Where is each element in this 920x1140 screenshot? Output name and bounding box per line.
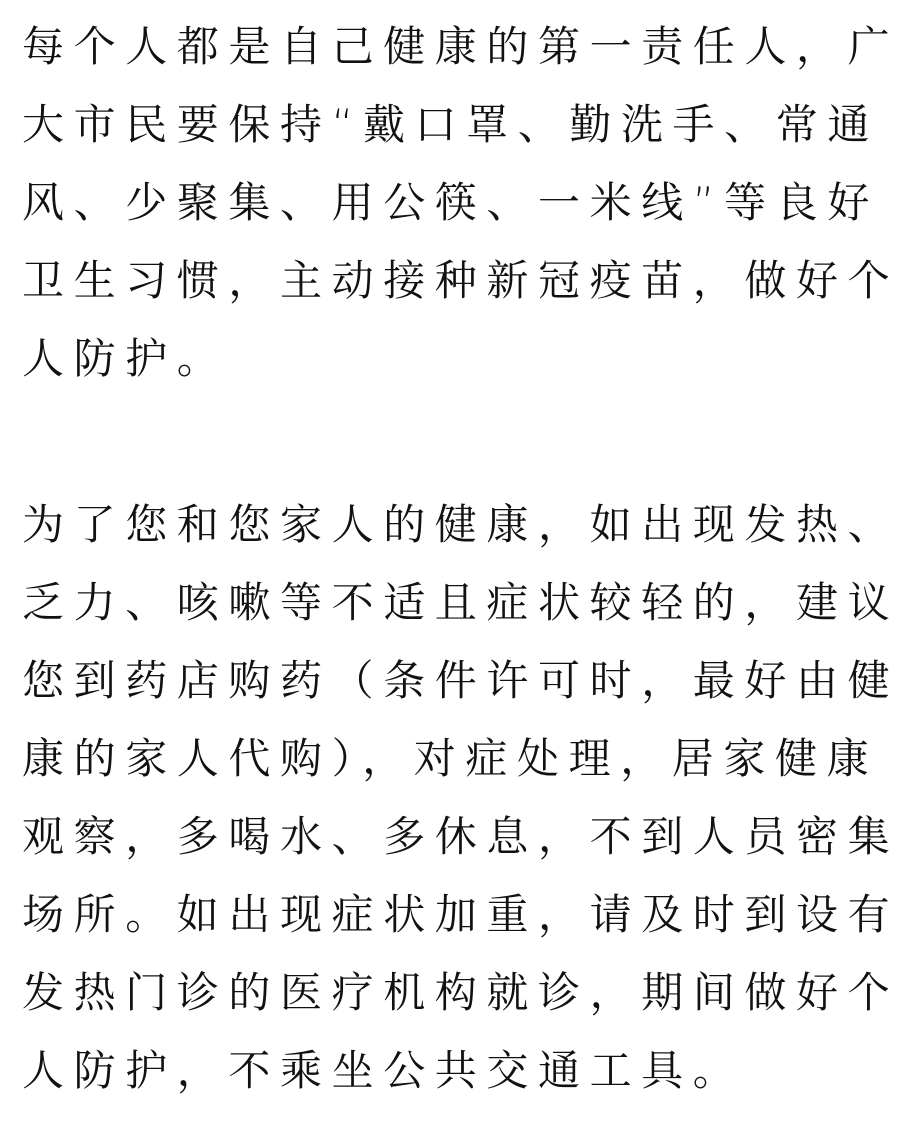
text-line: 场所。如出现症状加重，请及时到设有 (22, 876, 899, 954)
text-line: 人防护，不乘坐公共交通工具。 (22, 1032, 899, 1110)
text-line: 乏力、咳嗽等不适且症状较轻的，建议 (22, 564, 899, 642)
text-line: 观察，多喝水、多休息，不到人员密集 (22, 798, 899, 876)
text-line: 人防护。 (22, 320, 899, 398)
text-line: 您到药店购药（条件许可时，最好由健 (22, 642, 899, 720)
paragraph-symptom-advice: 为了您和您家人的健康，如出现发热、 乏力、咳嗽等不适且症状较轻的，建议 您到药店… (22, 486, 899, 1110)
text-line: 为了您和您家人的健康，如出现发热、 (22, 486, 899, 564)
paragraph-personal-responsibility: 每个人都是自己健康的第一责任人，广 大市民要保持“戴口罩、勤洗手、常通 风、少聚… (22, 8, 899, 398)
text-line: 康的家人代购），对症处理，居家健康 (22, 720, 899, 798)
text-line: 发热门诊的医疗机构就诊，期间做好个 (22, 954, 899, 1032)
text-line: 卫生习惯，主动接种新冠疫苗，做好个 (22, 242, 899, 320)
text-line: 风、少聚集、用公筷、一米线”等良好 (22, 164, 899, 242)
text-line: 大市民要保持“戴口罩、勤洗手、常通 (22, 86, 899, 164)
text-line: 每个人都是自己健康的第一责任人，广 (22, 8, 899, 86)
